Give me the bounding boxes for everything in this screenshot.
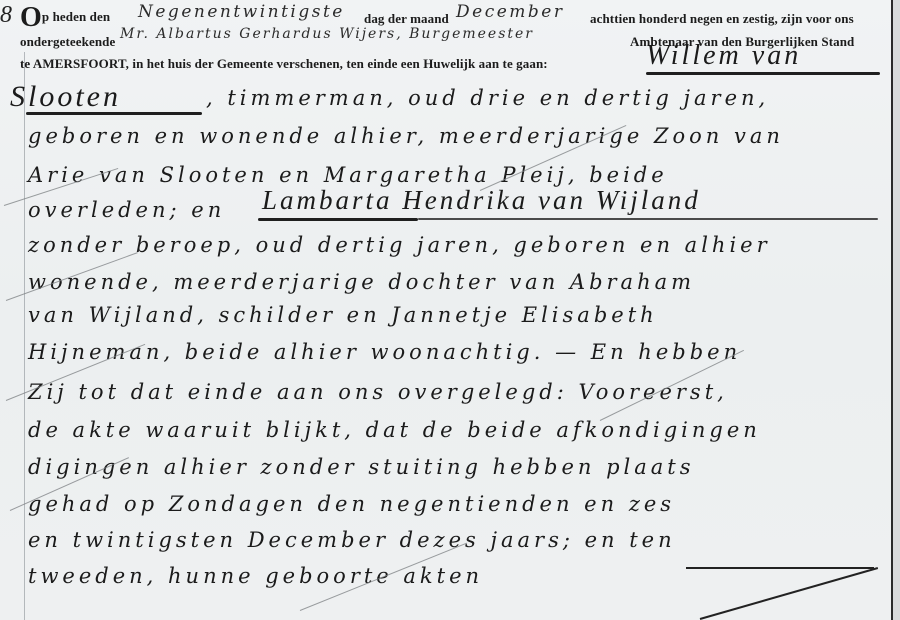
handwritten-line-1: , timmerman, oud drie en dertig jaren,	[206, 86, 769, 110]
printed-line-3: te AMERSFOORT, in het huis der Gemeente …	[20, 56, 548, 72]
left-margin-rule	[24, 52, 25, 620]
handwritten-line-9: Zij tot dat einde aan ons overgelegd: Vo…	[28, 380, 728, 404]
handwritten-month: December	[456, 2, 564, 22]
decorative-initial: O	[20, 2, 42, 33]
printed-line-1-end: achttien honderd negen en zestig, zijn v…	[590, 11, 854, 27]
groom-name-underline	[646, 72, 880, 75]
handwritten-line-12: gehad op Zondagen den negentienden en ze…	[28, 492, 675, 516]
handwritten-line-4-start: overleden; en	[28, 198, 225, 222]
groom-surname-underline	[26, 112, 202, 115]
page-edge-shadow	[893, 0, 900, 620]
handwritten-line-5: zonder beroep, oud dertig jaren, geboren…	[28, 233, 771, 257]
handwritten-official: Mr. Albartus Gerhardus Wijers, Burgemees…	[120, 26, 534, 42]
marriage-record-page: 8 Op heden den Negenentwintigste dag der…	[0, 0, 900, 620]
handwritten-line-10: de akte waaruit blijkt, dat de beide afk…	[28, 418, 761, 442]
groom-surname: Slooten	[10, 80, 121, 114]
handwritten-line-3: Arie van Slooten en Margaretha Pleij, be…	[28, 163, 668, 187]
bride-name-underline	[258, 218, 418, 221]
handwritten-line-11: digingen alhier zonder stuiting hebben p…	[28, 455, 695, 479]
closing-diagonal-line	[700, 567, 878, 620]
handwritten-line-13: en twintigsten December dezes jaars; en …	[28, 528, 676, 552]
closing-line	[686, 567, 874, 569]
handwritten-line-14: tweeden, hunne geboorte akten	[28, 564, 483, 588]
handwritten-line-2: geboren en wonende alhier, meerderjarige…	[28, 124, 784, 148]
printed-text: p heden den	[42, 9, 110, 24]
printed-line-1-mid: dag der maand	[364, 11, 449, 27]
handwritten-line-7: van Wijland, schilder en Jannetje Elisab…	[28, 303, 658, 327]
record-number: 8	[0, 2, 12, 29]
handwritten-day: Negenentwintigste	[138, 2, 345, 22]
bride-name-underline-ext	[418, 218, 878, 220]
groom-first-name: Willem van	[646, 40, 801, 72]
handwritten-line-8: Hijneman, beide alhier woonachtig. — En …	[28, 340, 741, 364]
printed-line-1-start: Op heden den	[20, 8, 110, 28]
handwritten-line-6: wonende, meerderjarige dochter van Abrah…	[28, 270, 695, 294]
printed-line-2-start: ondergeteekende	[20, 34, 115, 50]
